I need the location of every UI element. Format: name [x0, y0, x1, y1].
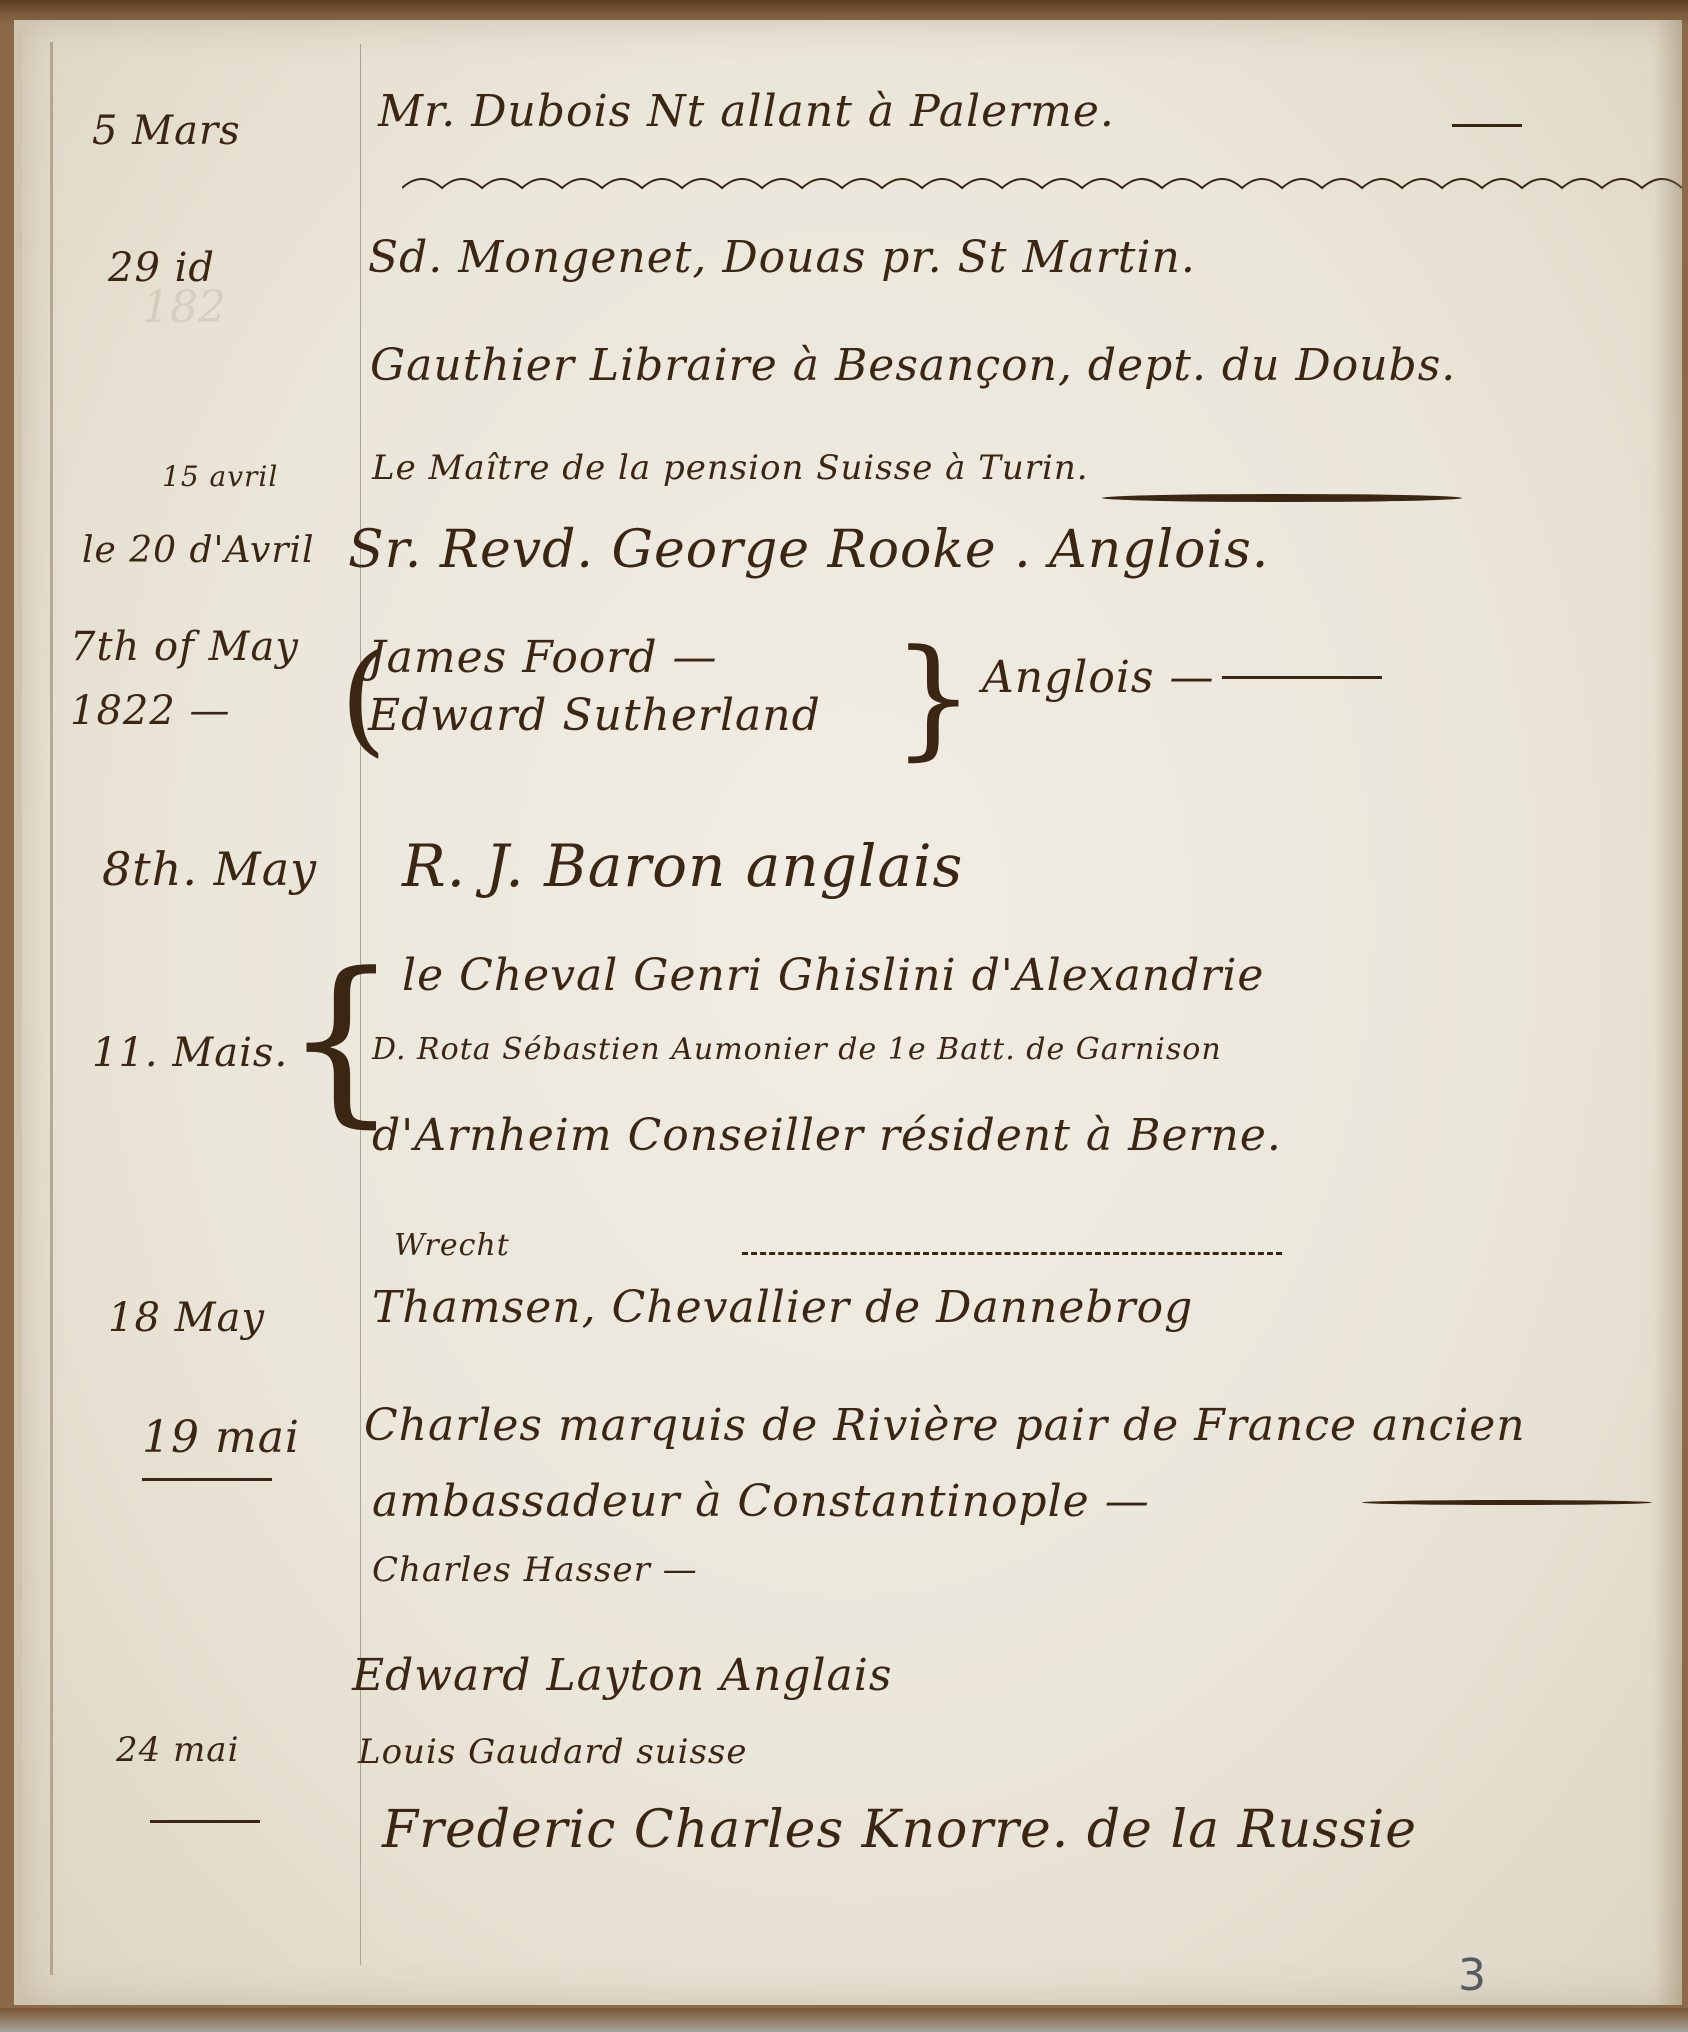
entry-line: Edward Layton Anglais [352, 1650, 892, 1701]
register-page: 182 5 Mars Mr. Dubois Nt allant à Palerm… [14, 20, 1682, 2005]
entry-date: 18 May [108, 1295, 265, 1341]
ink-flourish [1362, 1500, 1652, 1505]
entry-line: Mr. Dubois Nt allant à Palerme. [378, 86, 1115, 137]
entry-date: 19 mai [142, 1412, 300, 1463]
binding-edge [50, 42, 53, 1975]
entry-line: Charles marquis de Rivière pair de Franc… [364, 1400, 1526, 1451]
entry-line: Gauthier Libraire à Besançon, dept. du D… [370, 340, 1456, 391]
right-brace: } [892, 632, 975, 762]
date-underline [150, 1820, 260, 1823]
entry-date: 7th of May 1822 — [70, 615, 330, 743]
entry-line: Sd. Mongenet, Douas pr. St Martin. [368, 232, 1196, 283]
entry-line: R. J. Baron anglais [402, 832, 963, 900]
dash-flourish [1222, 676, 1382, 679]
entry-date: 24 mai [116, 1730, 239, 1770]
entry-line: Thamsen, Chevallier de Dannebrog [372, 1282, 1193, 1333]
entry-line: James Foord — [368, 632, 718, 683]
entry-date: 15 avril [162, 460, 278, 493]
entry-line-annotation: Wrecht [394, 1228, 510, 1263]
date-underline [142, 1478, 272, 1481]
entry-date: 29 id [108, 245, 215, 291]
entry-line: Frederic Charles Knorre. de la Russie [382, 1800, 1417, 1860]
manuscript-scan: 182 5 Mars Mr. Dubois Nt allant à Palerm… [0, 0, 1688, 2032]
entry-line: Charles Hasser — [372, 1550, 698, 1590]
entry-date: 8th. May [102, 842, 317, 896]
entry-date: le 20 d'Avril [82, 530, 315, 571]
ink-flourish [1102, 494, 1462, 502]
scalloped-separator [402, 170, 1682, 200]
group-note: Anglois — [982, 652, 1214, 703]
folio-number: 3 [1458, 1950, 1486, 2001]
entry-line: Louis Gaudard suisse [358, 1732, 748, 1772]
entry-line: ambassadeur à Constantinople — [372, 1476, 1150, 1527]
entry-line: D. Rota Sébastien Aumonier de 1e Batt. d… [372, 1032, 1222, 1067]
entry-line: d'Arnheim Conseiller résident à Berne. [372, 1110, 1282, 1161]
entry-date: 5 Mars [92, 108, 241, 154]
entry-line: le Cheval Genri Ghislini d'Alexandrie [402, 950, 1264, 1001]
entry-date: 11. Mais. [92, 1030, 288, 1076]
entry-line: Sr. Revd. George Rooke . Anglois. [348, 520, 1269, 580]
entry-line: Edward Sutherland [368, 690, 821, 741]
dash-flourish [742, 1252, 1282, 1255]
entry-line: Le Maître de la pension Suisse à Turin. [372, 448, 1089, 488]
dash-flourish [1452, 124, 1522, 127]
scan-bottom-edge [0, 2008, 1688, 2032]
